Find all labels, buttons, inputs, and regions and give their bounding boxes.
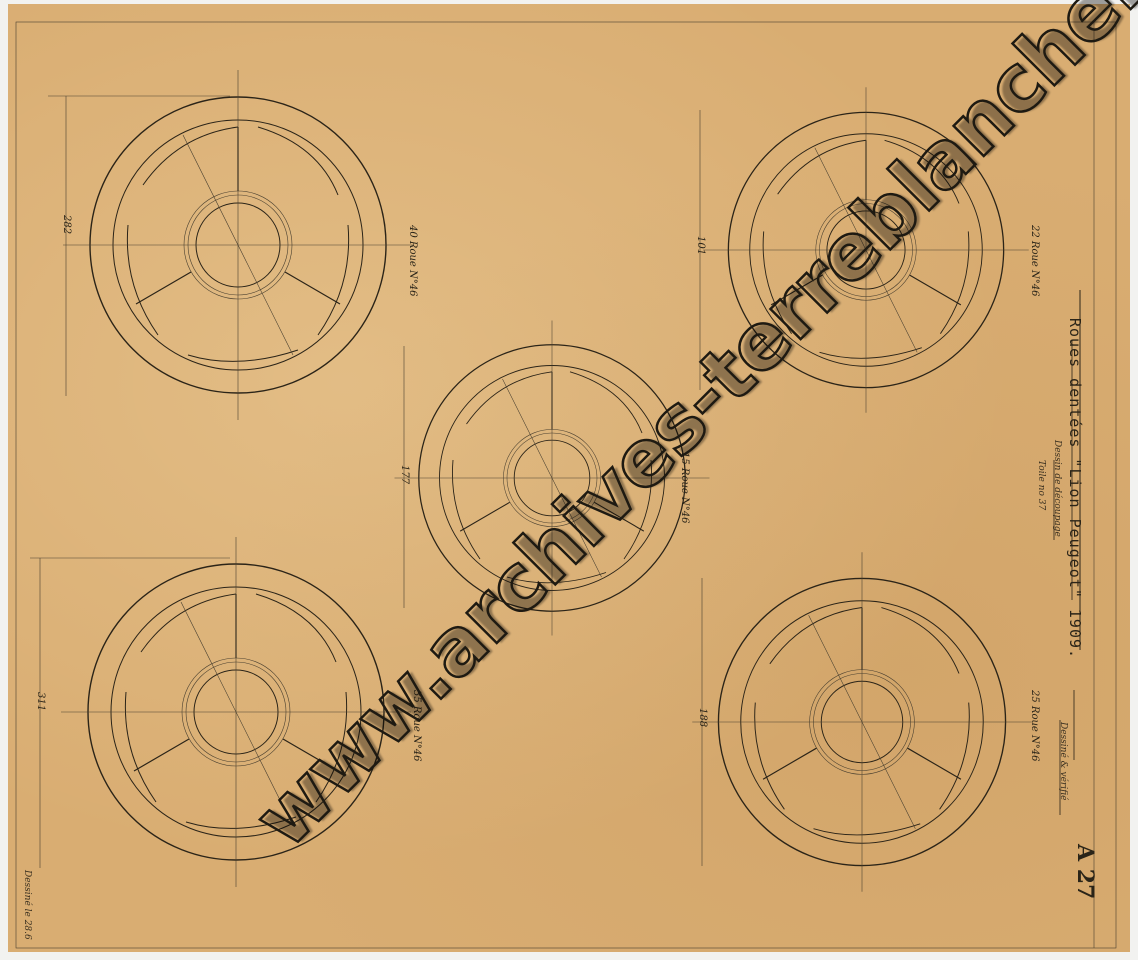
wheel-label: Roue N°46 [407, 241, 418, 297]
wheel-top-left [63, 70, 413, 420]
wheel-bottom-right [692, 552, 1032, 892]
dimension-label: 188 [697, 708, 708, 727]
signature: Dessiné & vérifié [1058, 722, 1068, 800]
scale-note: Toile no 37 [1036, 460, 1046, 510]
dimension-label: 311 [35, 692, 46, 711]
wheel-label: Roue N°46 [1029, 706, 1040, 762]
dimension-label: 282 [61, 215, 72, 234]
sheet-number: A 27 [1072, 844, 1098, 899]
dimension-label: 101 [695, 236, 706, 255]
drawing-subtitle: Dessin de découpage [1052, 440, 1062, 537]
wheel-label: Roue N°46 [1029, 241, 1040, 297]
wheel-teeth: 25 [1029, 690, 1040, 703]
drawing-title: Roues dentées "Lion Peugeot" 1909. [1066, 318, 1084, 659]
wheel-teeth: 22 [1029, 225, 1040, 238]
dimension-label: 177 [399, 465, 410, 484]
bottom-left-note: Dessiné le 28.6 [22, 870, 32, 940]
wheel-teeth: 40 [407, 225, 418, 238]
